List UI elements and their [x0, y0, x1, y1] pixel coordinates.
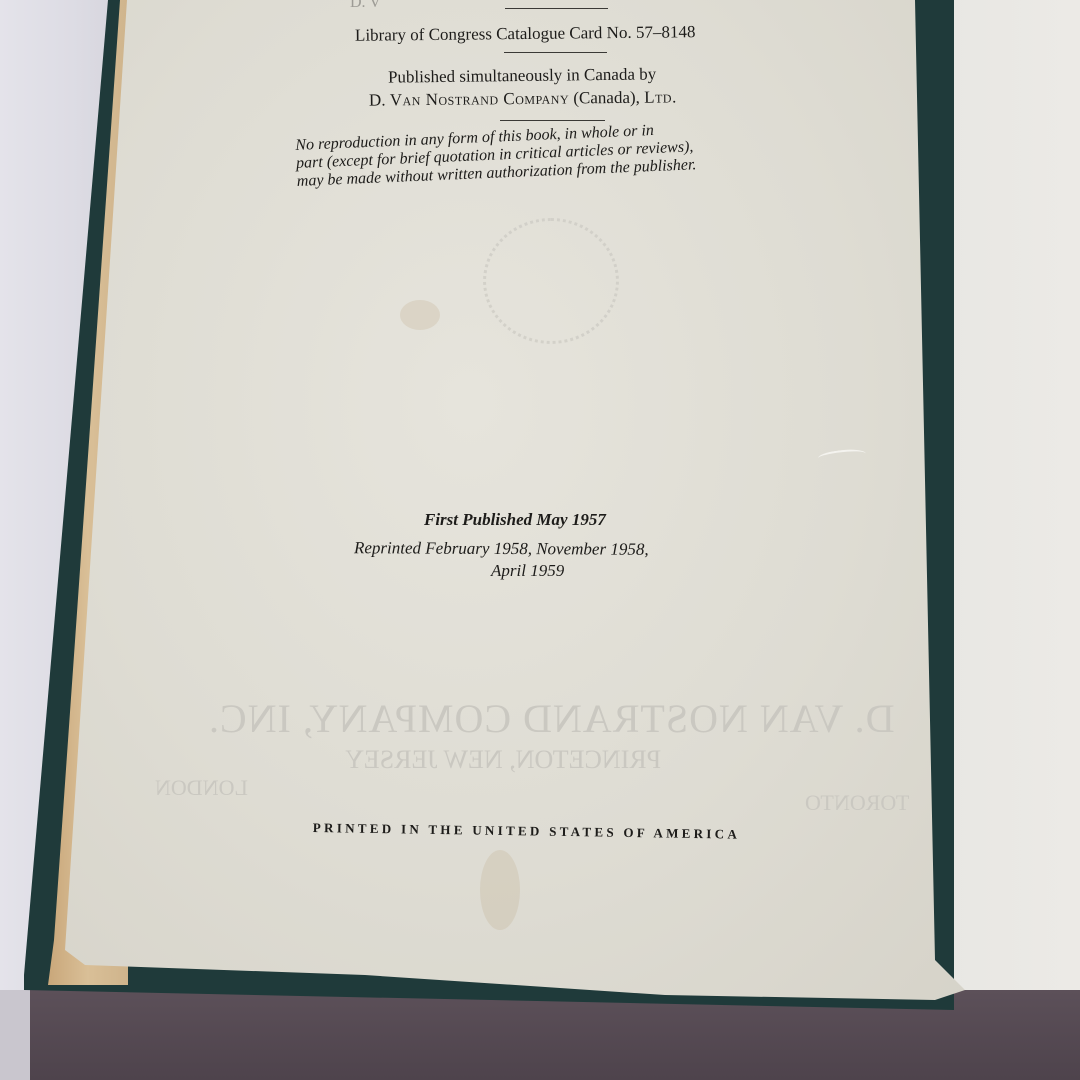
divider-rule — [505, 8, 608, 9]
paper-crease — [817, 447, 866, 466]
show-through-toronto: TORONTO — [805, 790, 909, 816]
divider-rule — [504, 52, 607, 53]
cutoff-text: D. V — [350, 0, 381, 12]
canada-publisher-line: D. Van Nostrand Company (Canada), Ltd. — [369, 87, 677, 110]
first-published: First Published May 1957 — [424, 510, 606, 530]
page-text-layer: D. V Library of Congress Catalogue Card … — [0, 0, 1080, 1080]
paper-stain — [400, 300, 440, 330]
show-through-london: LONDON — [155, 775, 248, 801]
publisher-prefix: D. — [369, 90, 390, 109]
rights-notice: No reproduction in any form of this book… — [295, 115, 827, 191]
show-through-city: PRINCETON, NEW JERSEY — [345, 745, 661, 775]
publisher-suffix: (Canada), — [569, 88, 644, 108]
printed-in-usa: PRINTED IN THE UNITED STATES OF AMERICA — [313, 820, 740, 843]
publisher-ltd: Ltd. — [644, 87, 677, 106]
publisher-name: Van Nostrand Company — [390, 89, 570, 110]
catalogue-card-number: Library of Congress Catalogue Card No. 5… — [355, 22, 696, 46]
publisher-emblem-show-through — [483, 218, 619, 344]
reprint-dates-cont: April 1959 — [491, 561, 564, 581]
reprint-dates: Reprinted February 1958, November 1958, — [354, 538, 649, 560]
paper-stain — [480, 850, 520, 930]
canada-publication-line: Published simultaneously in Canada by — [388, 64, 656, 87]
divider-rule — [500, 120, 605, 121]
show-through-publisher: D. VAN NOSTRAND COMPANY, INC. — [208, 695, 895, 742]
